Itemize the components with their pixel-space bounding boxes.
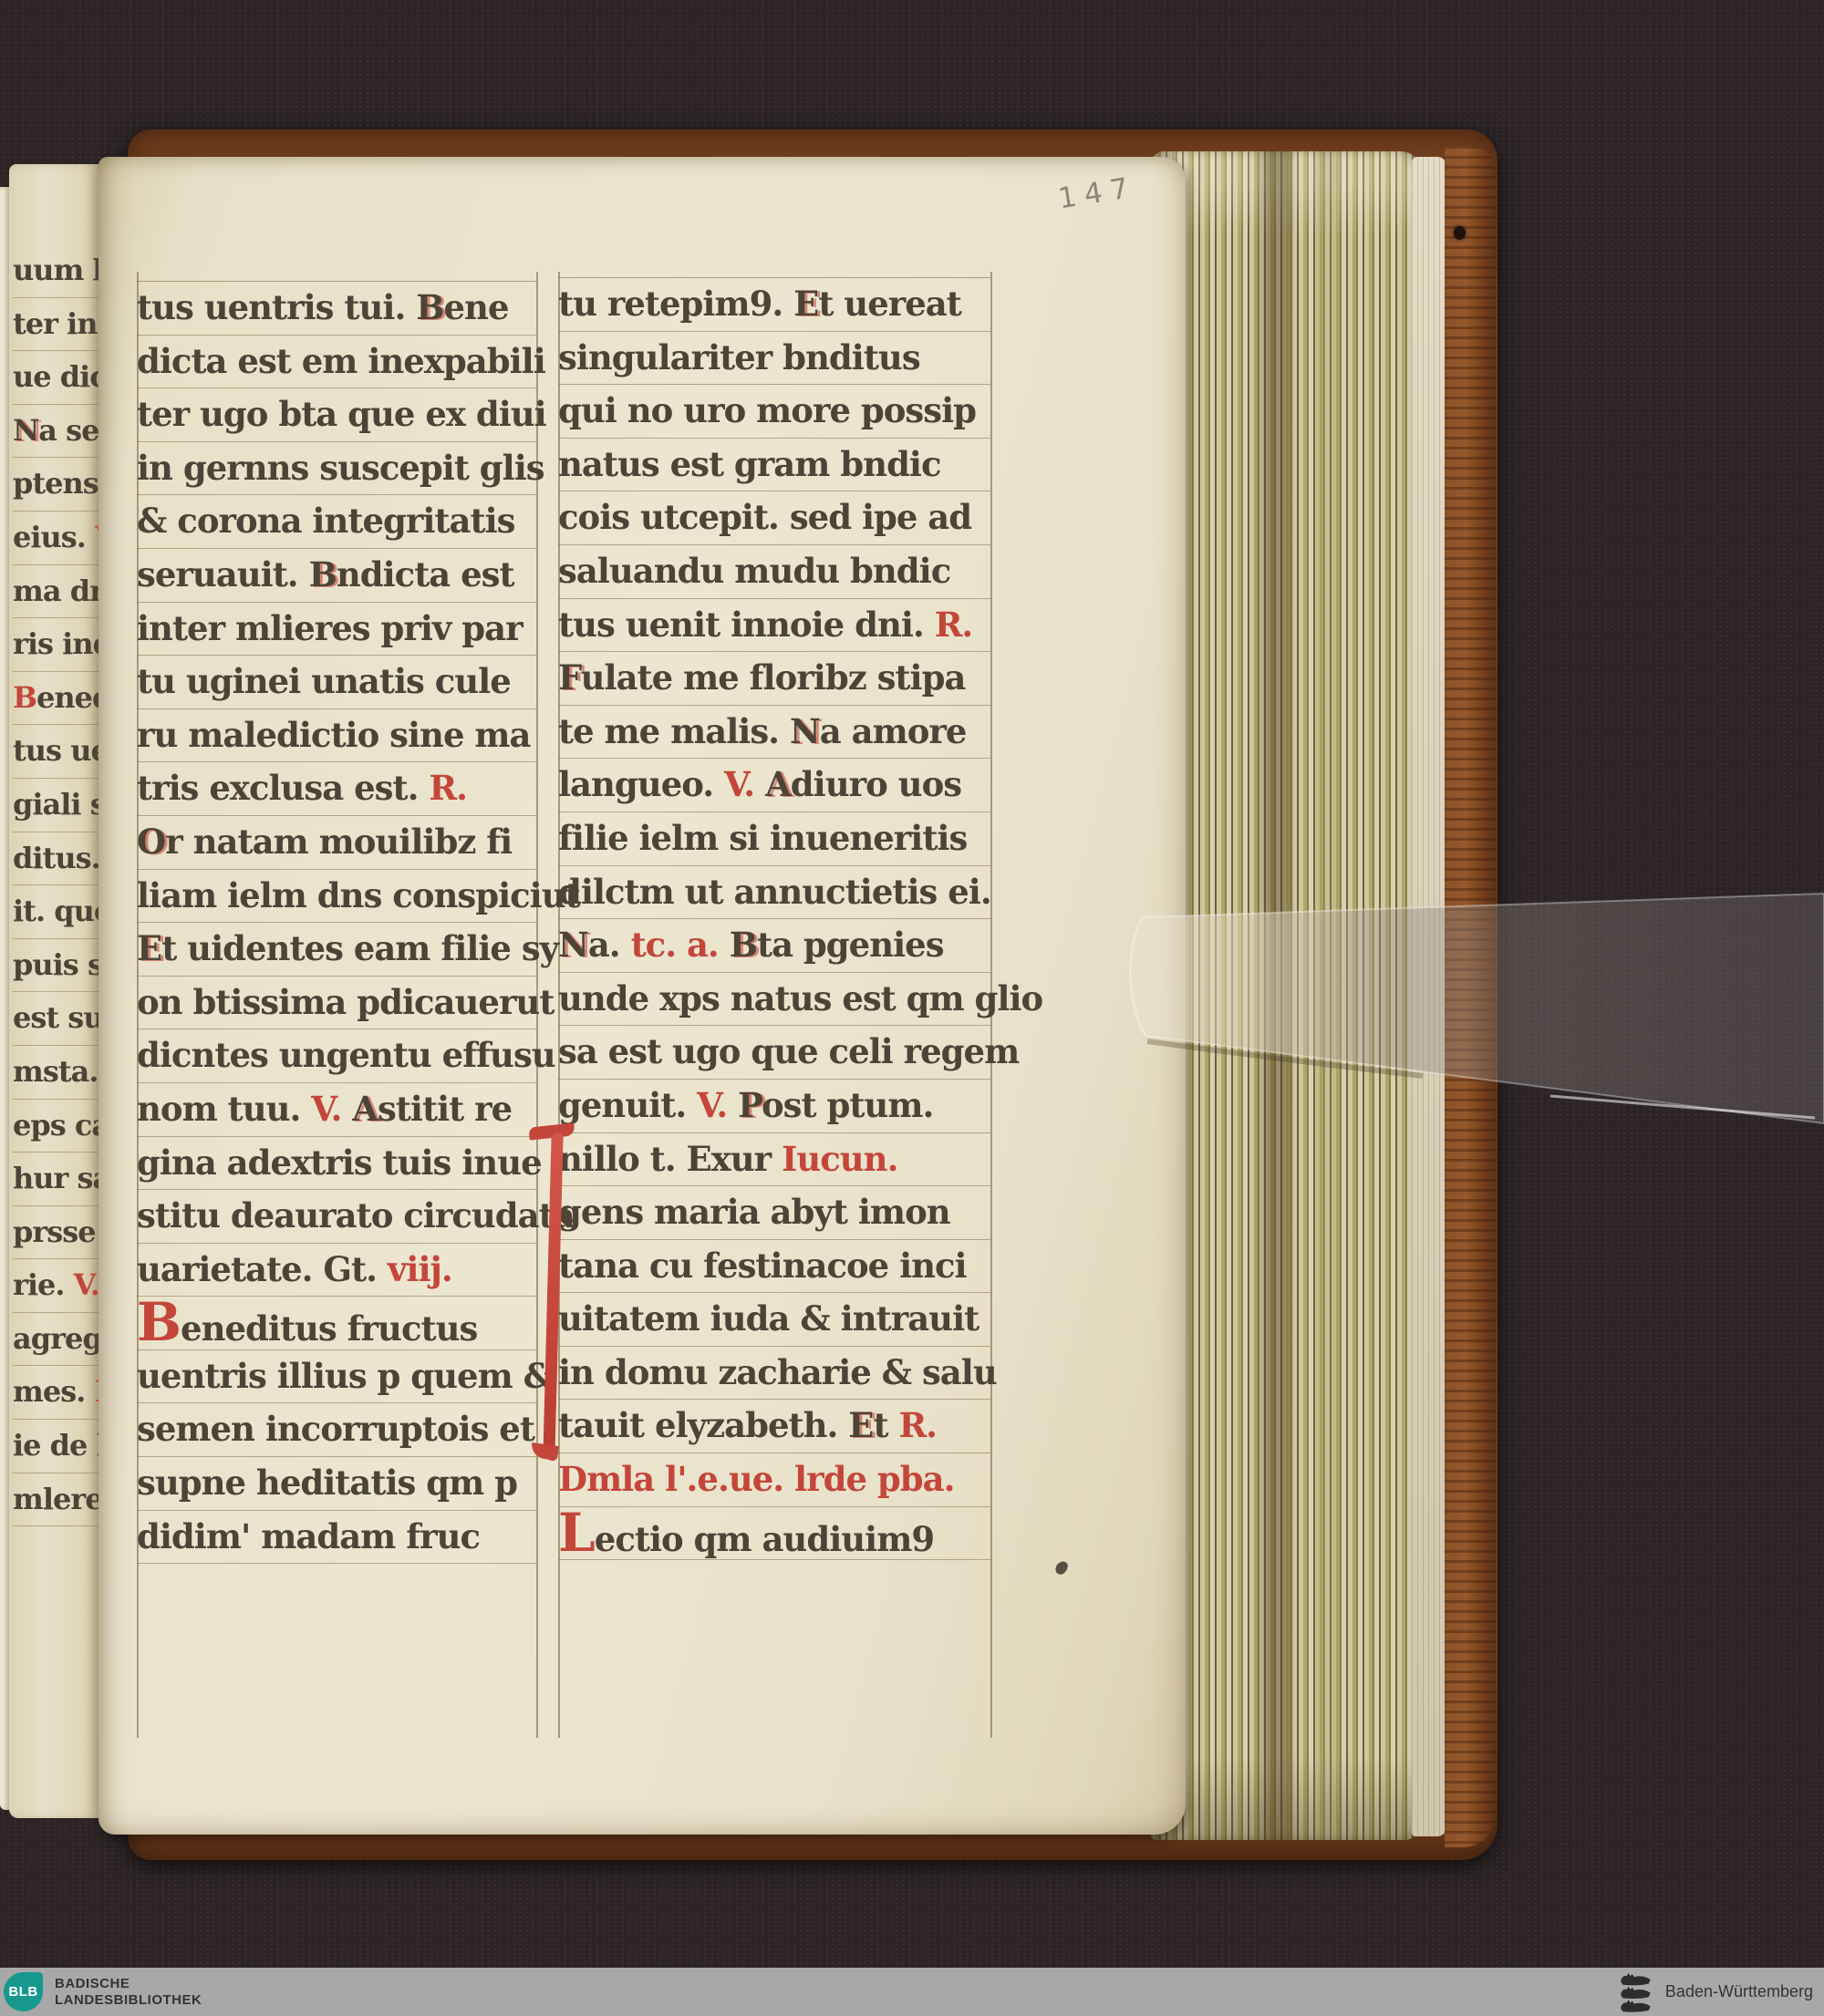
manuscript-line: inter mlieres priv par (137, 603, 536, 656)
manuscript-line: ue dicet onus g (13, 351, 98, 405)
text-segment: hur sacra lc (13, 1161, 98, 1195)
text-segment: sa est ugo que celi regem (558, 1031, 1019, 1071)
underlying-page-edge (0, 187, 9, 1810)
text-segment: V. (95, 520, 98, 554)
manuscript-line: giali sctoru (13, 779, 98, 832)
text-segment: in gernns suscepit glis (137, 448, 544, 488)
manuscript-line: tris exclusa est. R. (137, 762, 536, 816)
text-segment: genuit. (558, 1085, 697, 1125)
text-segment: tus uentris tui. (137, 287, 416, 327)
manuscript-line: uentris illius p quem & (137, 1350, 536, 1404)
manuscript-line: Or natam mouilibz fi (137, 816, 536, 870)
manuscript-line: & corona integritatis (137, 495, 536, 549)
text-segment: ditus. sed s (13, 841, 98, 875)
text-segment: & corona integritatis (137, 501, 514, 541)
manuscript-line: Lectio qm audiuim9 (558, 1507, 990, 1561)
text-segment: dicntes ungentu effusu (137, 1035, 555, 1075)
manuscript-line: uarietate. Gt. viij. (137, 1244, 536, 1297)
text-segment: puis sdm i (13, 947, 98, 982)
text-segment: rie. (13, 1267, 74, 1302)
text-segment: agregut puor (13, 1321, 98, 1356)
manuscript-line: uum bndicto (13, 244, 98, 298)
text-segment: V. (311, 1089, 352, 1129)
text-segment: gina adextris tuis inue (137, 1142, 542, 1183)
text-segment: singulariter bnditus (558, 337, 920, 377)
text-segment: saluandu mudu bndic (558, 551, 950, 591)
text-column-right: tu retepim9. Et uereatsingulariter bndit… (558, 277, 990, 1560)
manuscript-line: Dmla l'.e.ue. lrde pba. (558, 1453, 990, 1507)
text-segment: ptens est. & (13, 466, 98, 501)
text-segment: P (738, 1085, 762, 1125)
text-segment: qui no uro more possip (558, 390, 976, 430)
text-segment: ma dnm. & e (13, 574, 98, 608)
manuscript-line: hur sacra lc (13, 1153, 98, 1206)
text-segment: O (137, 822, 165, 862)
manuscript-line: Na. tc. a. Bta pgenies (558, 919, 990, 973)
manuscript-line: Benedict9 (13, 672, 98, 726)
manuscript-line: tauit elyzabeth. Et R. (558, 1400, 990, 1453)
text-segment: ie de lndo (13, 1428, 98, 1463)
text-segment: a sent in dns (38, 413, 98, 448)
previous-page-text: uum bndictoter in signis.ue dicet onus g… (13, 244, 98, 1526)
manuscript-line: ter in signis. (13, 298, 98, 352)
manuscript-line: unde xps natus est qm glio (558, 973, 990, 1027)
text-segment: unde xps natus est qm glio (558, 978, 1042, 1018)
manuscript-line: didim' madam fruc (137, 1511, 536, 1565)
manuscript-line: nillo t. Exur Iucun. (558, 1133, 990, 1187)
text-segment: cois utcepit. sed ipe ad (558, 497, 971, 537)
text-segment: tauit elyzabeth. (558, 1405, 848, 1445)
text-segment: ter in signis. (13, 306, 98, 341)
text-segment: est sup oia b (13, 1000, 98, 1035)
manuscript-line: liam ielm dns conspiciut (137, 870, 536, 924)
text-segment: enedict9 (36, 680, 98, 715)
text-segment: ru maledictio sine ma (137, 715, 531, 755)
text-segment: B (13, 680, 36, 715)
manuscript-line: Fulate me floribz stipa (558, 652, 990, 706)
text-segment: ndicta est (337, 554, 514, 594)
text-segment: msta. (13, 1054, 98, 1089)
manuscript-line: qui no uro more possip (558, 385, 990, 439)
manuscript-line: genuit. V. Post ptum. (558, 1080, 990, 1133)
photograph-of-manuscript: { "folio_number": "147", "footer": { "le… (0, 0, 1824, 2016)
manuscript-line: te me malis. Na amore (558, 706, 990, 760)
text-segment: nom tuu. (137, 1089, 311, 1129)
text-segment: A (352, 1089, 378, 1129)
text-segment: dicta est em inexpabili (137, 341, 545, 381)
manuscript-line: seruauit. Bndicta est (137, 549, 536, 603)
text-segment: gens maria abyt imon (558, 1192, 950, 1232)
text-segment: supne heditatis qm p (137, 1463, 517, 1503)
blb-logo-text: BLB (8, 1984, 37, 2000)
text-segment: r natam mouilibz fi (165, 822, 512, 862)
manuscript-line: puis sdm i (13, 939, 98, 993)
manuscript-line: nom tuu. V. Astitit re (137, 1083, 536, 1137)
manuscript-line: langueo. V. Adiuro uos (558, 759, 990, 812)
red-initial-I (527, 1123, 576, 1484)
text-segment: B (309, 554, 337, 594)
text-segment: N (790, 711, 820, 751)
manuscript-line: agregut puor (13, 1313, 98, 1367)
text-segment: N (13, 413, 38, 448)
text-segment: uum bndicto (13, 253, 98, 287)
manuscript-line: mes. I. n. (13, 1366, 98, 1420)
text-segment: E (137, 928, 161, 968)
text-segment: t uidentes eam filie sy (161, 928, 558, 968)
text-segment: eps canam (13, 1108, 98, 1142)
text-segment: V. (724, 764, 765, 804)
text-segment: mleres x b (13, 1482, 98, 1516)
manuscript-line: ditus. sed s (13, 832, 98, 886)
manuscript-line: saluandu mudu bndic (558, 545, 990, 599)
manuscript-line: cois utcepit. sed ipe ad (558, 491, 990, 545)
text-segment: t uereat (818, 284, 961, 324)
library-name-line1: BADISCHE (55, 1976, 202, 1992)
text-segment: tu uginei unatis cule (137, 661, 511, 701)
manuscript-line: sa est ugo que celi regem (558, 1026, 990, 1080)
manuscript-line: it. quor pri (13, 885, 98, 939)
text-segment: E (848, 1405, 873, 1445)
manuscript-line: eius. V. Mag (13, 512, 98, 565)
manuscript-line: dicta est em inexpabili (137, 336, 536, 389)
text-segment: it. quor pri (13, 894, 98, 928)
text-segment: Iucun. (782, 1139, 897, 1179)
manuscript-line: Na sent in dns (13, 405, 98, 459)
footer-bar: BLB BADISCHE LANDESBIBLIOTHEK Baden-Würt… (0, 1968, 1824, 2016)
manuscript-line: gina adextris tuis inue (137, 1137, 536, 1191)
text-segment: ectio qm audiuim9 (595, 1519, 934, 1559)
text-segment: stitu deaurato circudata (137, 1195, 575, 1235)
manuscript-line: natus est gram bndic (558, 439, 990, 492)
manuscript-line: uitatem iuda & intrauit (558, 1293, 990, 1347)
manuscript-line: in gernns suscepit glis (137, 442, 536, 496)
library-name-line2: LANDESBIBLIOTHEK (55, 1992, 202, 2009)
state-name: Baden-Württemberg (1665, 1982, 1813, 2001)
text-segment: B (730, 925, 757, 965)
manuscript-line: tus uentris (13, 725, 98, 779)
text-segment: dilctm ut annuctietis ei. (558, 872, 991, 912)
text-segment: ue dicet onus g (13, 359, 98, 394)
text-segment: natus est gram bndic (558, 444, 941, 484)
text-segment: ulate me floribz stipa (581, 657, 966, 698)
text-segment: uarietate. Gt. (137, 1249, 388, 1289)
text-segment: V. (697, 1085, 738, 1125)
manuscript-line: singulariter bnditus (558, 332, 990, 386)
text-segment: viij. (388, 1249, 452, 1289)
manuscript-line: in domu zacharie & salu (558, 1347, 990, 1401)
text-segment: R. (429, 768, 467, 808)
text-segment: te me malis. (558, 711, 790, 751)
text-segment: tus uenit innoie dni. (558, 605, 935, 645)
manuscript-line: rie. V. Da (13, 1259, 98, 1313)
text-segment: a amore (820, 711, 967, 751)
initial-stem (543, 1132, 563, 1461)
manuscript-line: est sup oia b (13, 992, 98, 1046)
text-segment: ta pgenies (757, 925, 944, 965)
manuscript-line: gens maria abyt imon (558, 1186, 990, 1240)
text-segment: a. (588, 925, 631, 965)
text-segment: B (137, 1291, 181, 1353)
manuscript-line: mleres x b (13, 1473, 98, 1527)
library-name: BADISCHE LANDESBIBLIOTHEK (55, 1976, 202, 2009)
text-segment: E (793, 284, 818, 324)
manuscript-line: ter ugo bta que ex diui (137, 388, 536, 442)
text-segment: stitit re (378, 1089, 512, 1129)
manuscript-line: filie ielm si inueneritis (558, 812, 990, 866)
text-segment: ost ptum. (762, 1085, 933, 1125)
manuscript-line: ie de lndo (13, 1420, 98, 1473)
text-segment: diuro uos (791, 764, 961, 804)
footer-right-branding: Baden-Württemberg (1619, 1972, 1813, 2012)
text-segment: F (558, 657, 581, 698)
text-column-left: tus uentris tui. Benedicta est em inexpa… (137, 281, 536, 1564)
text-segment: eneditus fructus (181, 1308, 477, 1349)
manuscript-line: dilctm ut annuctietis ei. (558, 866, 990, 920)
initial-hook (530, 1442, 559, 1461)
previous-page-strip: uum bndictoter in signis.ue dicet onus g… (9, 164, 98, 1818)
text-segment: didim' madam fruc (137, 1516, 480, 1556)
manuscript-line: stitu deaurato circudata (137, 1190, 536, 1244)
manuscript-line: msta. R. d (13, 1046, 98, 1100)
manuscript-line: tu retepim9. Et uereat (558, 278, 990, 332)
manuscript-line: tus uenit innoie dni. R. (558, 599, 990, 653)
text-segment: I. (95, 1374, 98, 1409)
text-segment: nillo t. Exur (558, 1139, 782, 1179)
text-segment: inter mlieres priv par (137, 608, 523, 648)
text-segment: liam ielm dns conspiciut (137, 875, 580, 915)
manuscript-line: ris indeo sal (13, 618, 98, 672)
text-segment: t (873, 1405, 898, 1445)
footer-left-branding: BLB BADISCHE LANDESBIBLIOTHEK (4, 1972, 202, 2011)
text-segment: prsse gemt (13, 1215, 98, 1249)
text-segment: tris exclusa est. (137, 768, 429, 808)
text-segment: giali sctoru (13, 787, 98, 822)
text-segment: tana cu festinacoe inci (558, 1246, 967, 1286)
manuscript-line: semen incorruptois et (137, 1403, 536, 1457)
wormhole-mark (1454, 226, 1466, 240)
text-segment: uitatem iuda & intrauit (558, 1298, 979, 1339)
text-segment: R. (935, 605, 973, 645)
text-segment: tus uentris (13, 733, 98, 768)
text-segment: in domu zacharie & salu (558, 1352, 997, 1392)
manuscript-line: Et uidentes eam filie sy (137, 923, 536, 977)
manuscript-line: supne heditatis qm p (137, 1457, 536, 1511)
text-segment: mes. (13, 1374, 95, 1409)
text-segment: langueo. (558, 764, 724, 804)
text-segment: filie ielm si inueneritis (558, 818, 967, 858)
text-segment: seruauit. (137, 554, 309, 594)
text-segment: A (765, 764, 791, 804)
manuscript-line: dicntes ungentu effusu (137, 1029, 536, 1083)
text-segment: ris indeo sal (13, 626, 98, 661)
text-segment: ter ugo bta que ex diui (137, 394, 546, 434)
manuscript-line: ptens est. & (13, 458, 98, 512)
text-segment: on btissima pdicauerut (137, 982, 554, 1022)
manuscript-line: tu uginei unatis cule (137, 656, 536, 709)
text-segment: V. (74, 1267, 98, 1302)
text-segment: N (558, 925, 588, 965)
text-segment: Dmla l'.e.ue. lrde pba. (558, 1459, 954, 1499)
manuscript-line: tus uentris tui. Bene (137, 282, 536, 336)
text-segment: B (416, 287, 443, 327)
text-segment: R. (898, 1405, 937, 1445)
text-segment: uentris illius p quem & (137, 1356, 553, 1396)
transparent-page-holder-strip (1122, 857, 1824, 1158)
text-segment: tc. a. (631, 925, 730, 965)
text-segment: L (558, 1502, 595, 1564)
manuscript-line: eps canam (13, 1100, 98, 1153)
three-lions-icon (1619, 1972, 1653, 2012)
manuscript-line: prsse gemt (13, 1206, 98, 1260)
manuscript-line: ru maledictio sine ma (137, 709, 536, 763)
text-segment: ene (444, 287, 509, 327)
manuscript-line: on btissima pdicauerut (137, 977, 536, 1030)
text-segment: eius. (13, 520, 95, 554)
blb-logo-icon: BLB (4, 1972, 43, 2011)
text-segment: semen incorruptois et (137, 1409, 534, 1449)
manuscript-line: tana cu festinacoe inci (558, 1240, 990, 1294)
manuscript-line: ma dnm. & e (13, 565, 98, 619)
manuscript-line: Beneditus fructus (137, 1297, 536, 1350)
text-segment: tu retepim9. (558, 284, 793, 324)
